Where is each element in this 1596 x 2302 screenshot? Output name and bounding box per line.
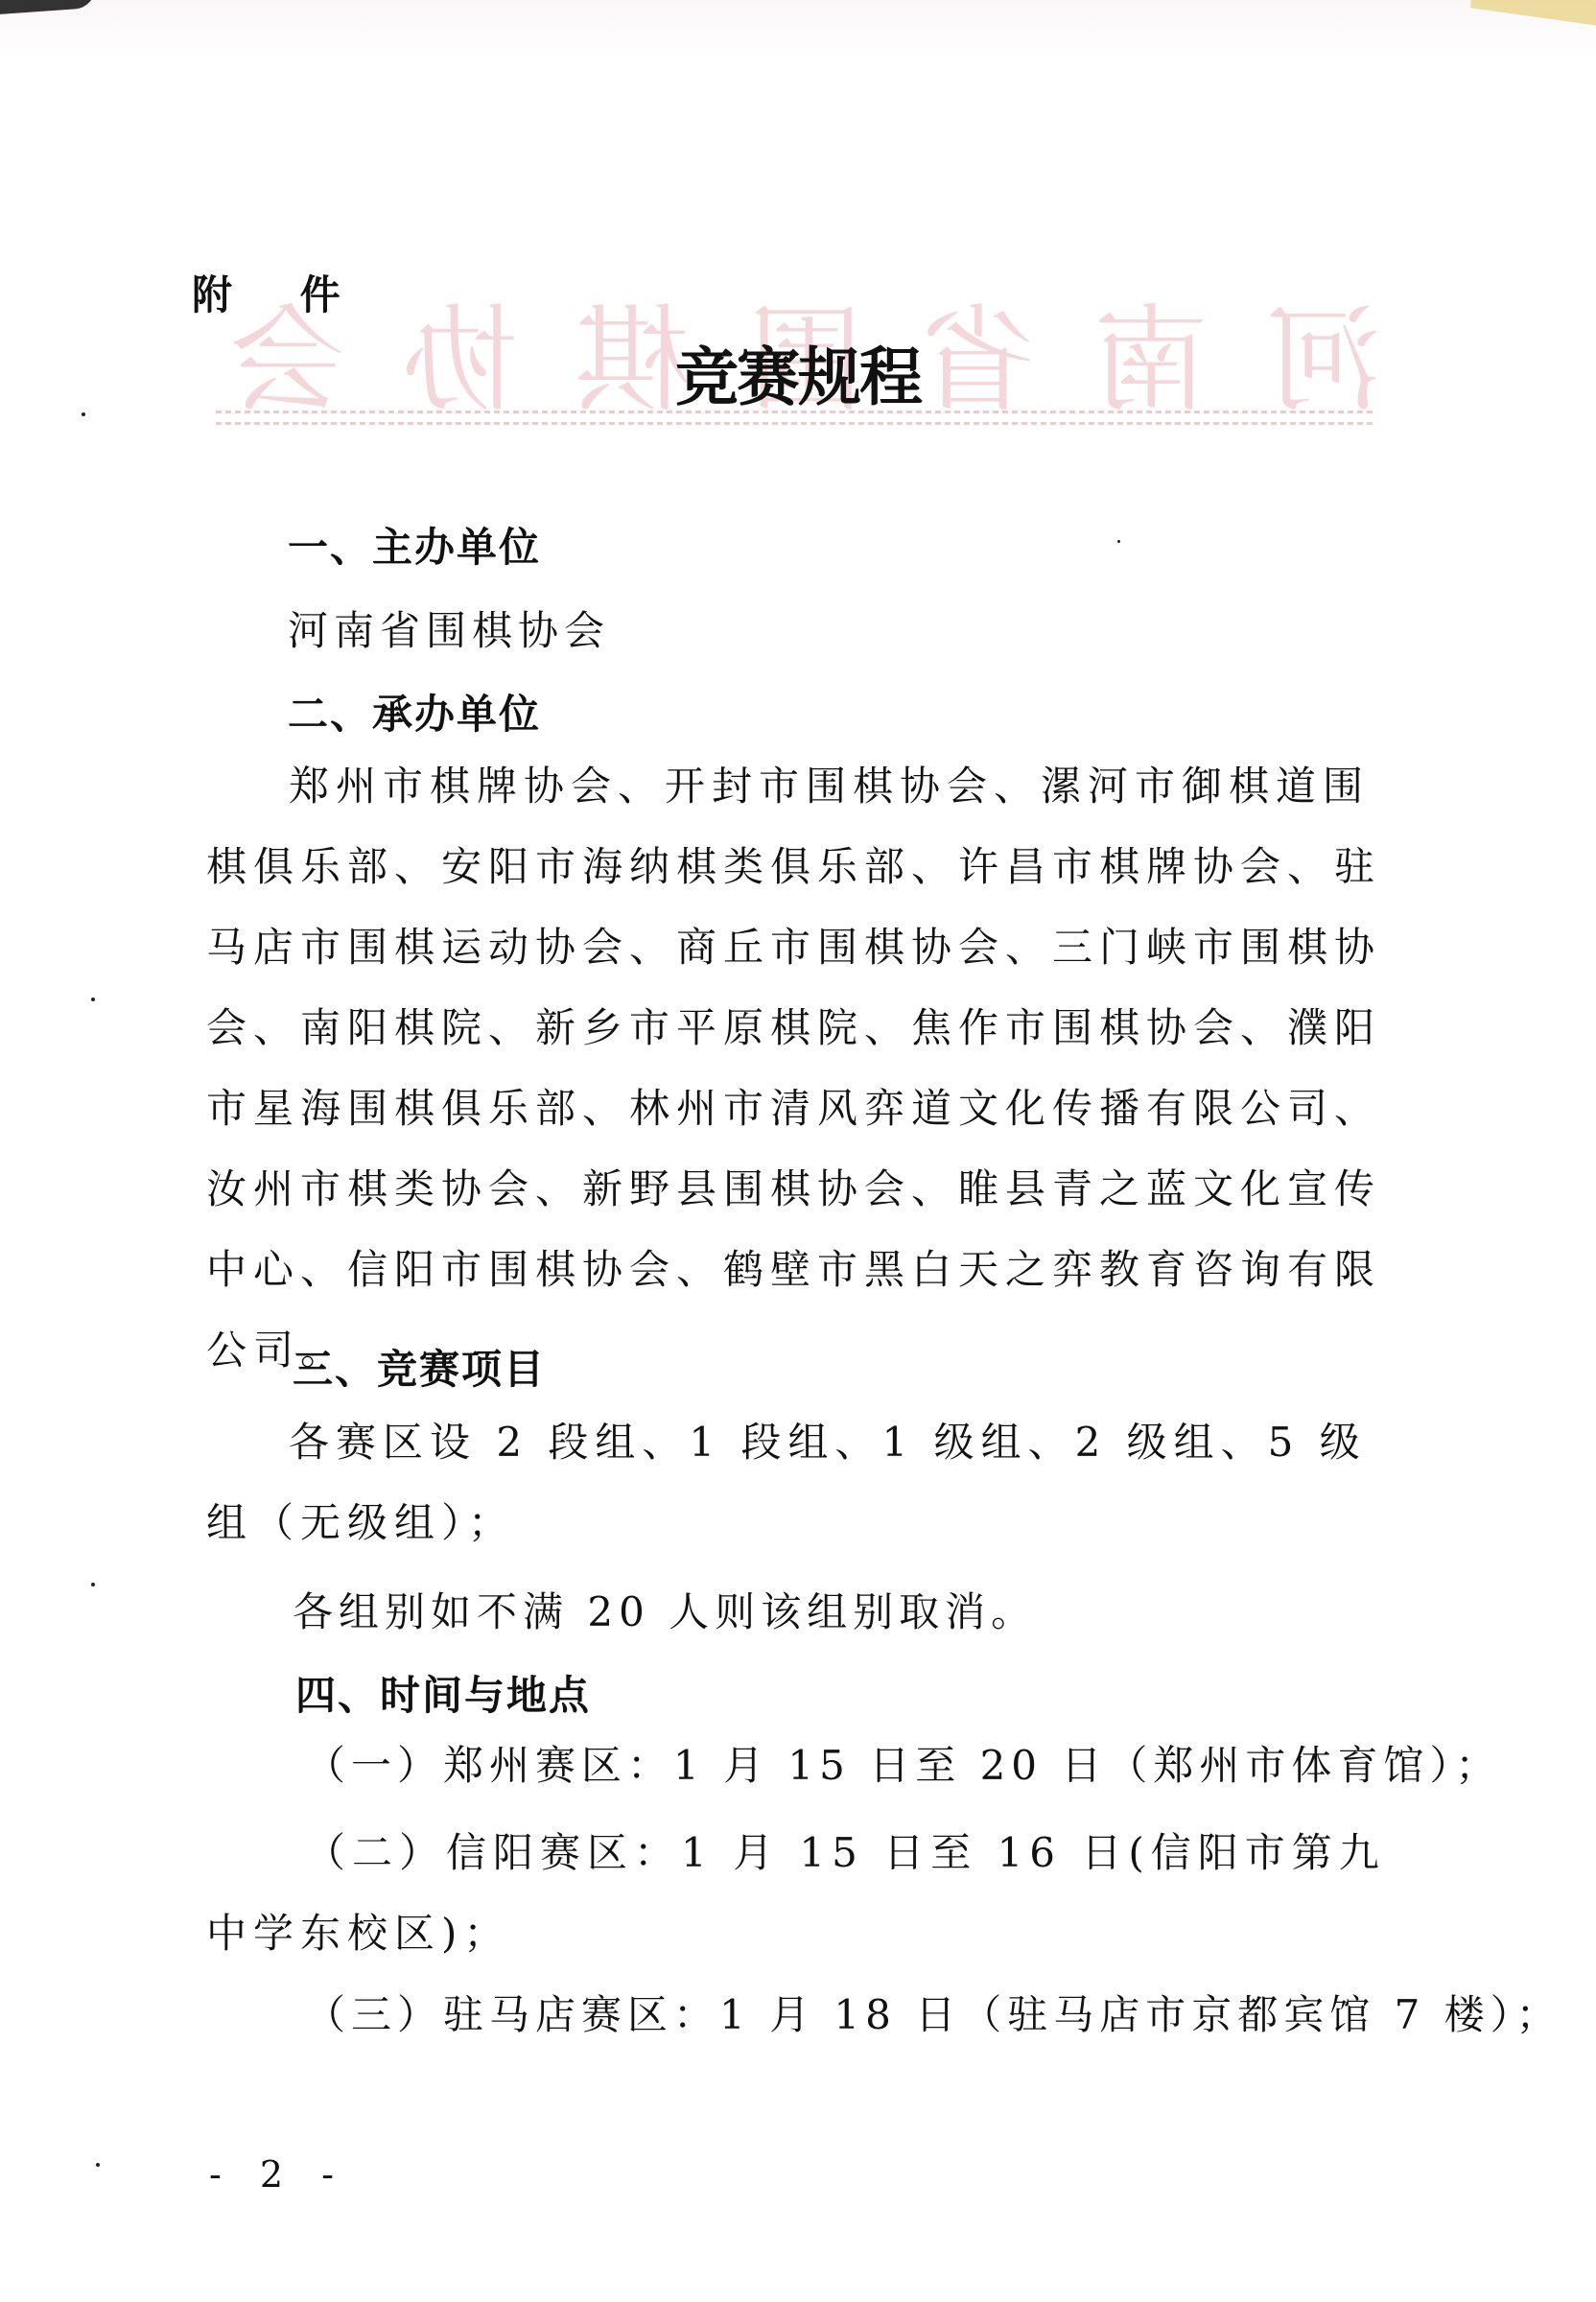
section-heading-organizer: 一、主办单位 [288,516,541,574]
section-body-co-organizers: 郑州市棋牌协会、开封市围棋协会、漯河市御棋道围棋俱乐部、安阳市海纳棋类俱乐部、许… [206,746,1405,1391]
venue-item-zhengzhou: （一）郑州赛区：1 月 15 日至 20 日（郑州市体育馆）； [305,1734,1501,1792]
section-heading-time-venue: 四、时间与地点 [295,1664,591,1722]
scan-speck [96,2163,100,2167]
scan-speck [91,998,95,1001]
document-title: 竞赛规程 [0,326,1596,417]
scan-corner-tint [1470,0,1596,27]
section-body-organizer: 河南省围棋协会 [288,599,610,657]
section-events-paragraph: 各组别如不满 20 人则该组别取消。 [293,1581,1037,1638]
scan-corner-shadow [0,0,97,15]
bleed-rule [216,422,1376,425]
scan-speck [82,412,85,416]
scan-speck [91,1583,95,1586]
venue-item-xinyang: （二）信阳赛区：1 月 15 日至 16 日(信阳市第九中学东校区)； [206,1813,1405,1974]
page-number: - 2 - [209,2153,347,2196]
venue-item-zhumadian: （三）驻马店赛区：1 月 18 日（驻马店市京都宾馆 7 楼）； [305,1984,1562,2041]
scan-speck [1117,540,1120,543]
section-heading-events: 三、竞赛项目 [293,1338,546,1396]
section-heading-co-organizers: 二、承办单位 [288,683,541,740]
attachment-label: 附 件 [192,264,367,321]
document-page: 河南省围棋协会 附 件 竞赛规程 一、主办单位 河南省围棋协会 二、承办单位 郑… [0,0,1596,2302]
section-events-paragraph: 各赛区设 2 段组、1 段组、1 级组、2 级组、5 级组（无级组）； [206,1402,1405,1563]
